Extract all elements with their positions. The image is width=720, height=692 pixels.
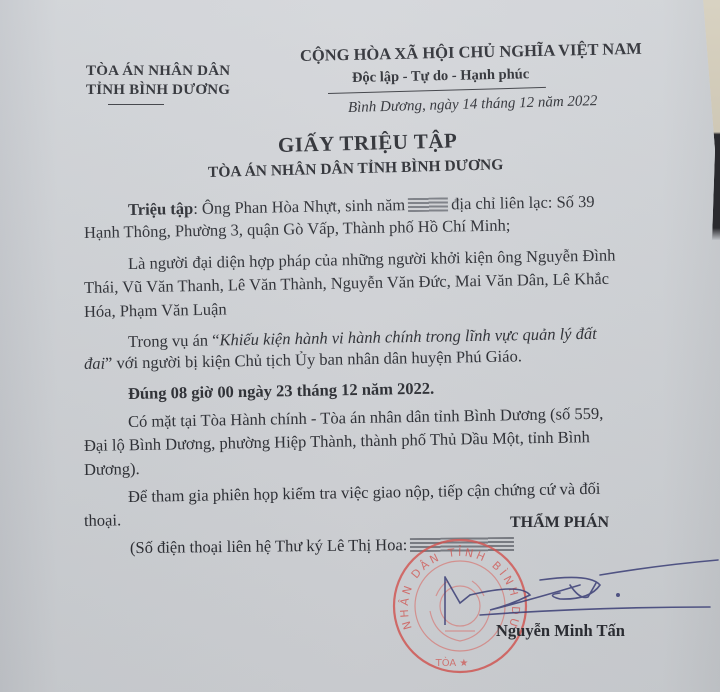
summons-document: TÒA ÁN NHÂN DÂN TỈNH BÌNH DƯƠNG CỘNG HÒA… [0, 0, 720, 692]
appointment-time: Đúng 08 giờ 00 ngày 23 tháng 12 năm 2022… [128, 379, 434, 404]
place-date: Bình Dương, ngày 14 tháng 12 năm 2022 [348, 93, 598, 117]
case-line-1: Trong vụ án “Khiếu kiện hành vi hành chí… [128, 324, 597, 352]
document-issuer: TÒA ÁN NHÂN DÂN TỈNH BÌNH DƯƠNG [208, 156, 504, 182]
purpose-line-1: Để tham gia phiên họp kiểm tra việc giao… [128, 479, 601, 507]
svg-text:TÒA ★: TÒA ★ [435, 656, 469, 669]
representative-line-3: Hóa, Phạm Văn Luận [84, 300, 227, 322]
national-motto: Độc lập - Tự do - Hạnh phúc [352, 66, 530, 87]
judge-signature [440, 555, 720, 625]
document-title: GIẤY TRIỆU TẬP [278, 128, 458, 158]
purpose-line-2: thoại. [84, 510, 121, 531]
summon-line-1: Triệu tập: Ông Phan Hòa Nhựt, sinh nămđị… [128, 192, 595, 220]
venue-line-3: Dương). [84, 459, 140, 480]
venue-line-2: Đại lộ Bình Dương, phường Hiệp Thành, th… [84, 427, 590, 456]
court-name-line2: TỈNH BÌNH DƯƠNG [86, 81, 230, 100]
republic-title: CỘNG HÒA XÃ HỘI CHỦ NGHĨA VIỆT NAM [300, 39, 642, 66]
court-header-rule [108, 104, 164, 105]
summon-line-2: Hạnh Thông, Phường 3, quận Gò Vấp, Thành… [84, 216, 511, 243]
summon-label: Triệu tập [128, 199, 194, 219]
judge-name: Nguyễn Minh Tấn [496, 621, 625, 641]
court-header: TÒA ÁN NHÂN DÂN TỈNH BÌNH DƯƠNG [86, 62, 230, 100]
court-name-line1: TÒA ÁN NHÂN DÂN [86, 62, 230, 81]
judge-title: THẨM PHÁN [510, 514, 609, 532]
redacted-birth-year [408, 197, 448, 212]
motto-rule [328, 87, 546, 94]
